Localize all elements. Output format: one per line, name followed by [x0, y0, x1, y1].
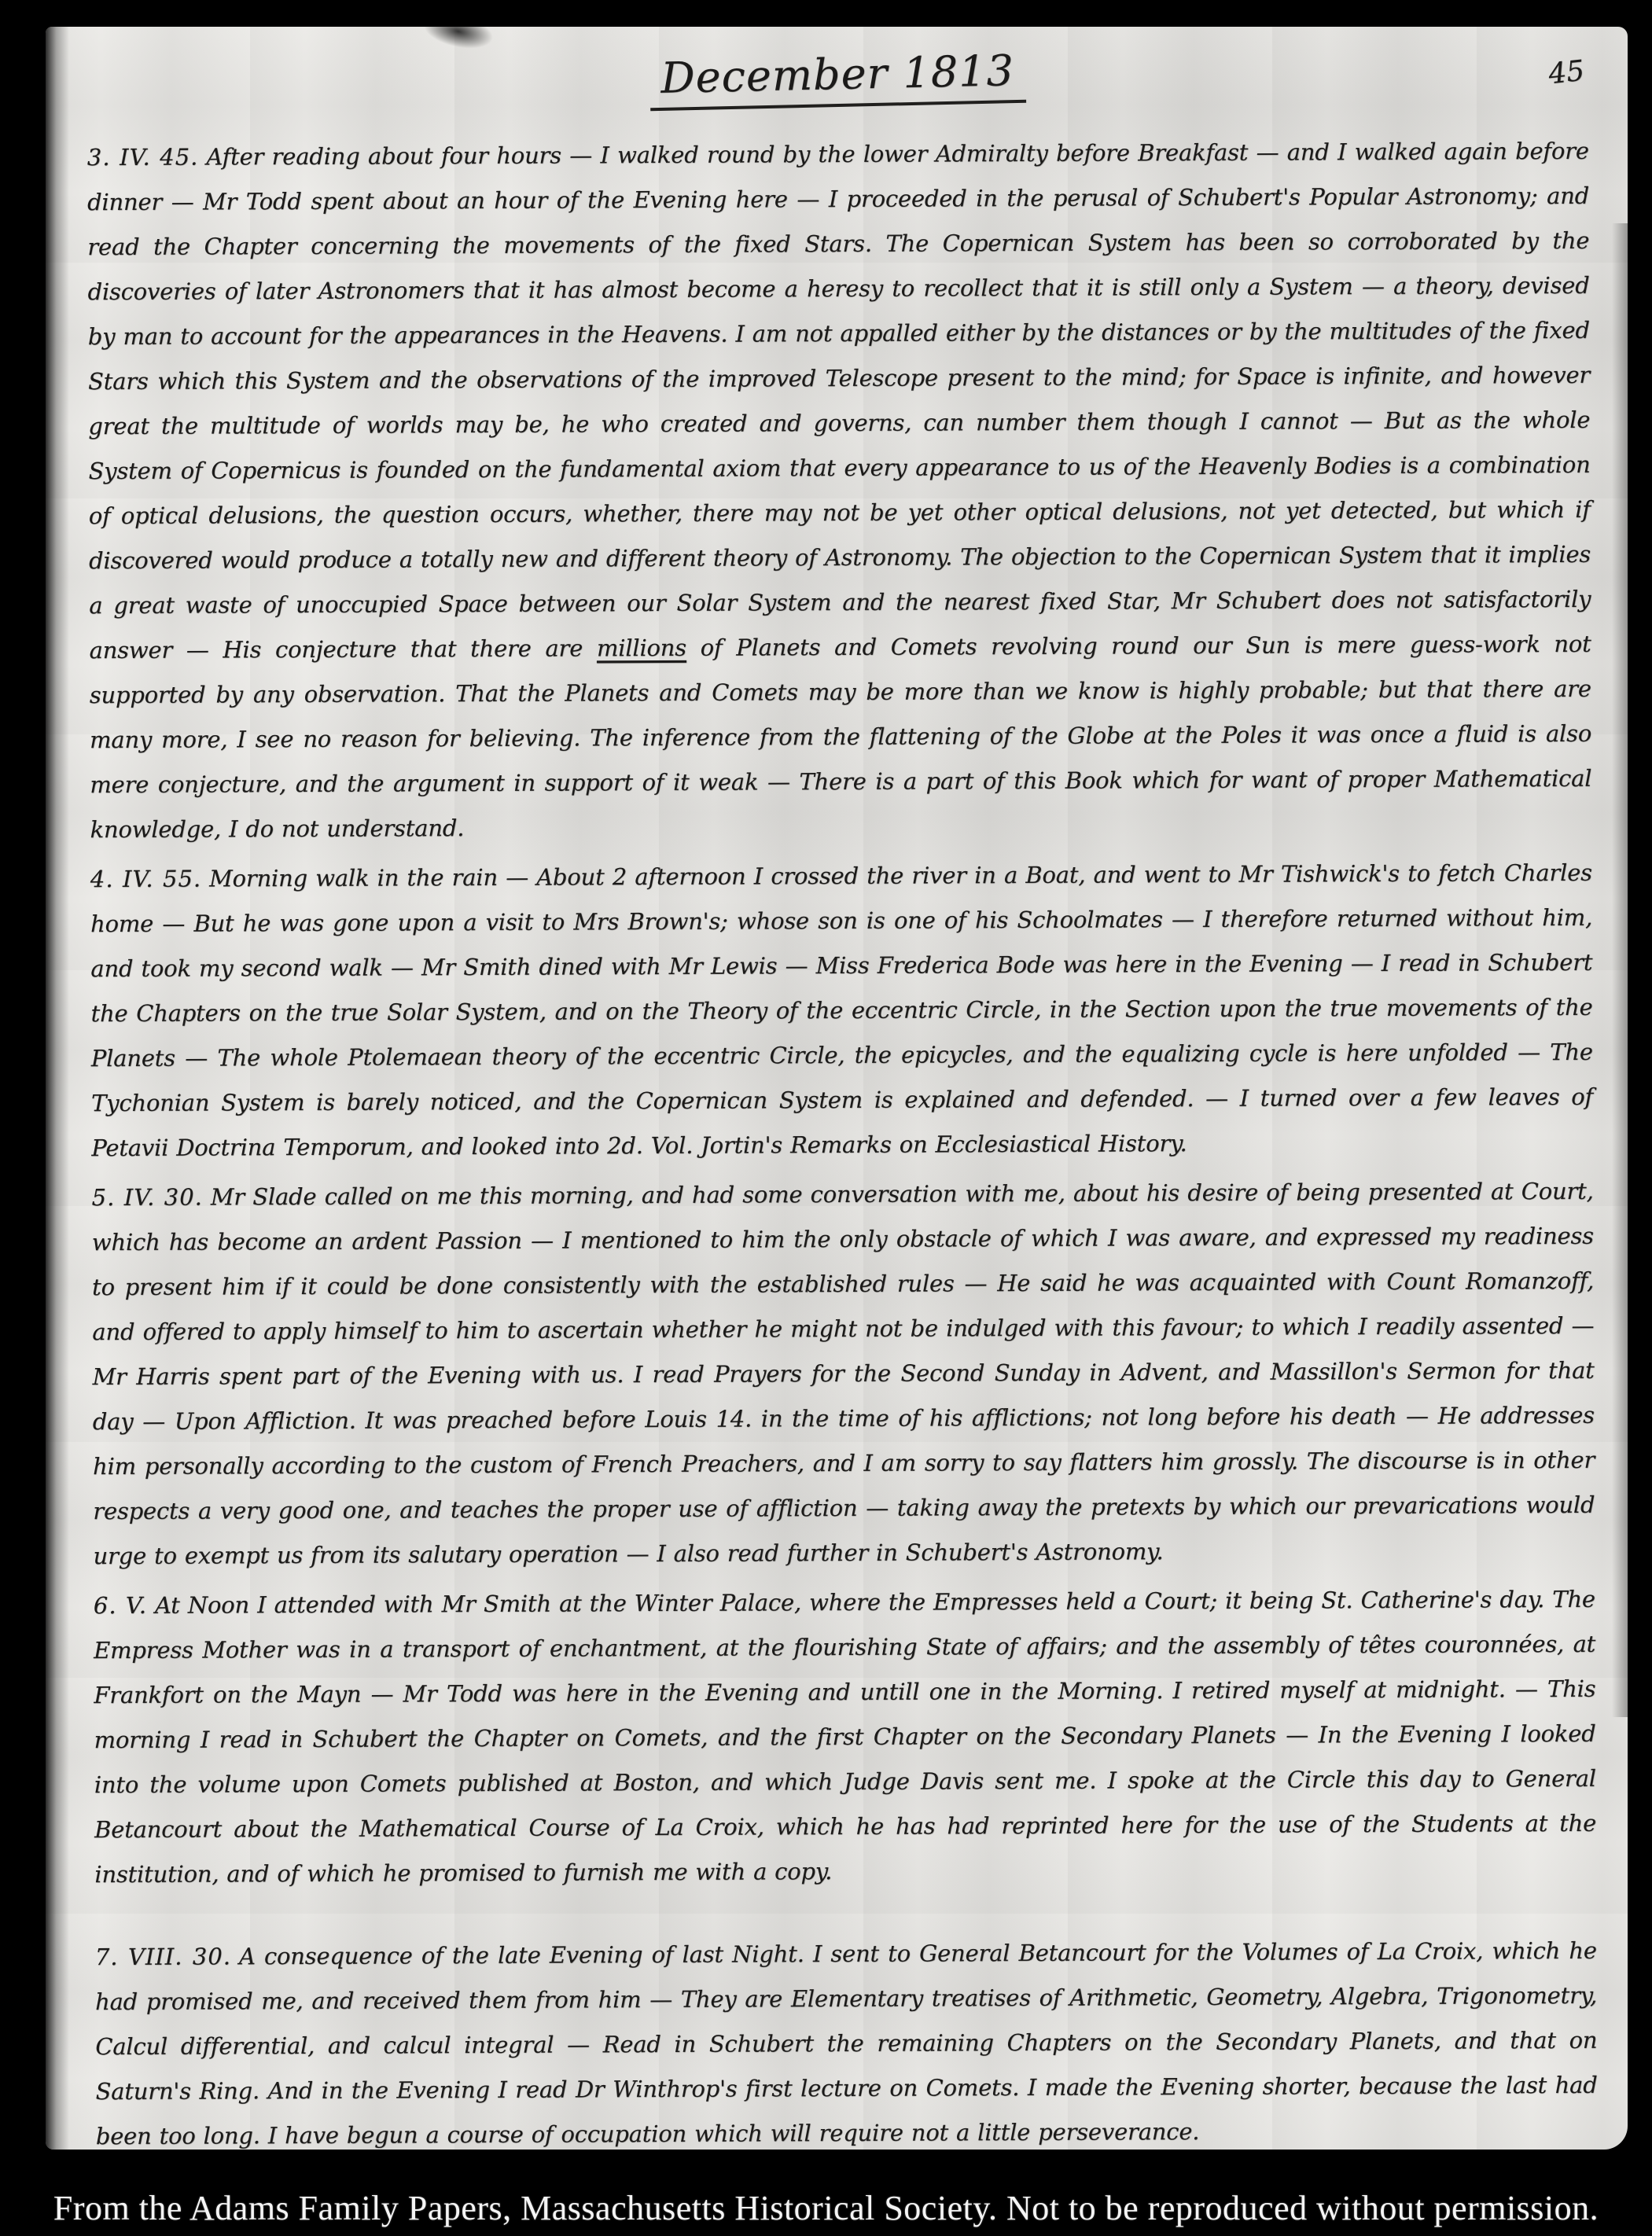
page-number: 45	[1546, 49, 1586, 97]
month-year-title: December 1813	[649, 43, 1026, 111]
binding-gutter	[46, 27, 69, 2150]
diary-entry-7: 7. VIII. 30.A consequence of the late Ev…	[95, 1929, 1598, 2150]
scan-artifact	[1612, 223, 1628, 1717]
attribution-bar: From the Adams Family Papers, Massachuse…	[0, 2161, 1652, 2236]
entry-marker: 3. IV. 45.	[87, 144, 207, 171]
entry-text: Morning walk in the rain — About 2 after…	[90, 859, 1593, 1161]
entry-text: Mr Slade called on me this morning, and …	[92, 1178, 1595, 1569]
manuscript-page: December 1813 45 3. IV. 45.After reading…	[46, 27, 1628, 2150]
entry-marker: 7. VIII. 30.	[95, 1943, 239, 1970]
entry-marker: 5. IV. 30.	[92, 1184, 211, 1212]
diary-entry-4: 4. IV. 55.Morning walk in the rain — Abo…	[90, 851, 1594, 1171]
diary-entry-6: 6. V.At Noon I attended with Mr Smith at…	[94, 1577, 1597, 1897]
entry-text: A consequence of the late Evening of las…	[95, 1937, 1598, 2150]
diary-entry-5: 5. IV. 30.Mr Slade called on me this mor…	[91, 1169, 1595, 1579]
entry-text: After reading about four hours — I walke…	[87, 138, 1591, 664]
entry-text: At Noon I attended with Mr Smith at the …	[94, 1586, 1596, 1888]
entry-marker: 6. V.	[94, 1592, 155, 1619]
diary-entry-3: 3. IV. 45.After reading about four hours…	[87, 129, 1592, 852]
handwritten-text-block: December 1813 45 3. IV. 45.After reading…	[86, 44, 1598, 2132]
scanned-document: December 1813 45 3. IV. 45.After reading…	[0, 0, 1652, 2236]
page-header: December 1813 45	[86, 44, 1588, 135]
attribution-text: From the Adams Family Papers, Massachuse…	[53, 2188, 1599, 2228]
entry-marker: 4. IV. 55.	[90, 866, 209, 893]
underlined-word: millions	[597, 634, 686, 661]
